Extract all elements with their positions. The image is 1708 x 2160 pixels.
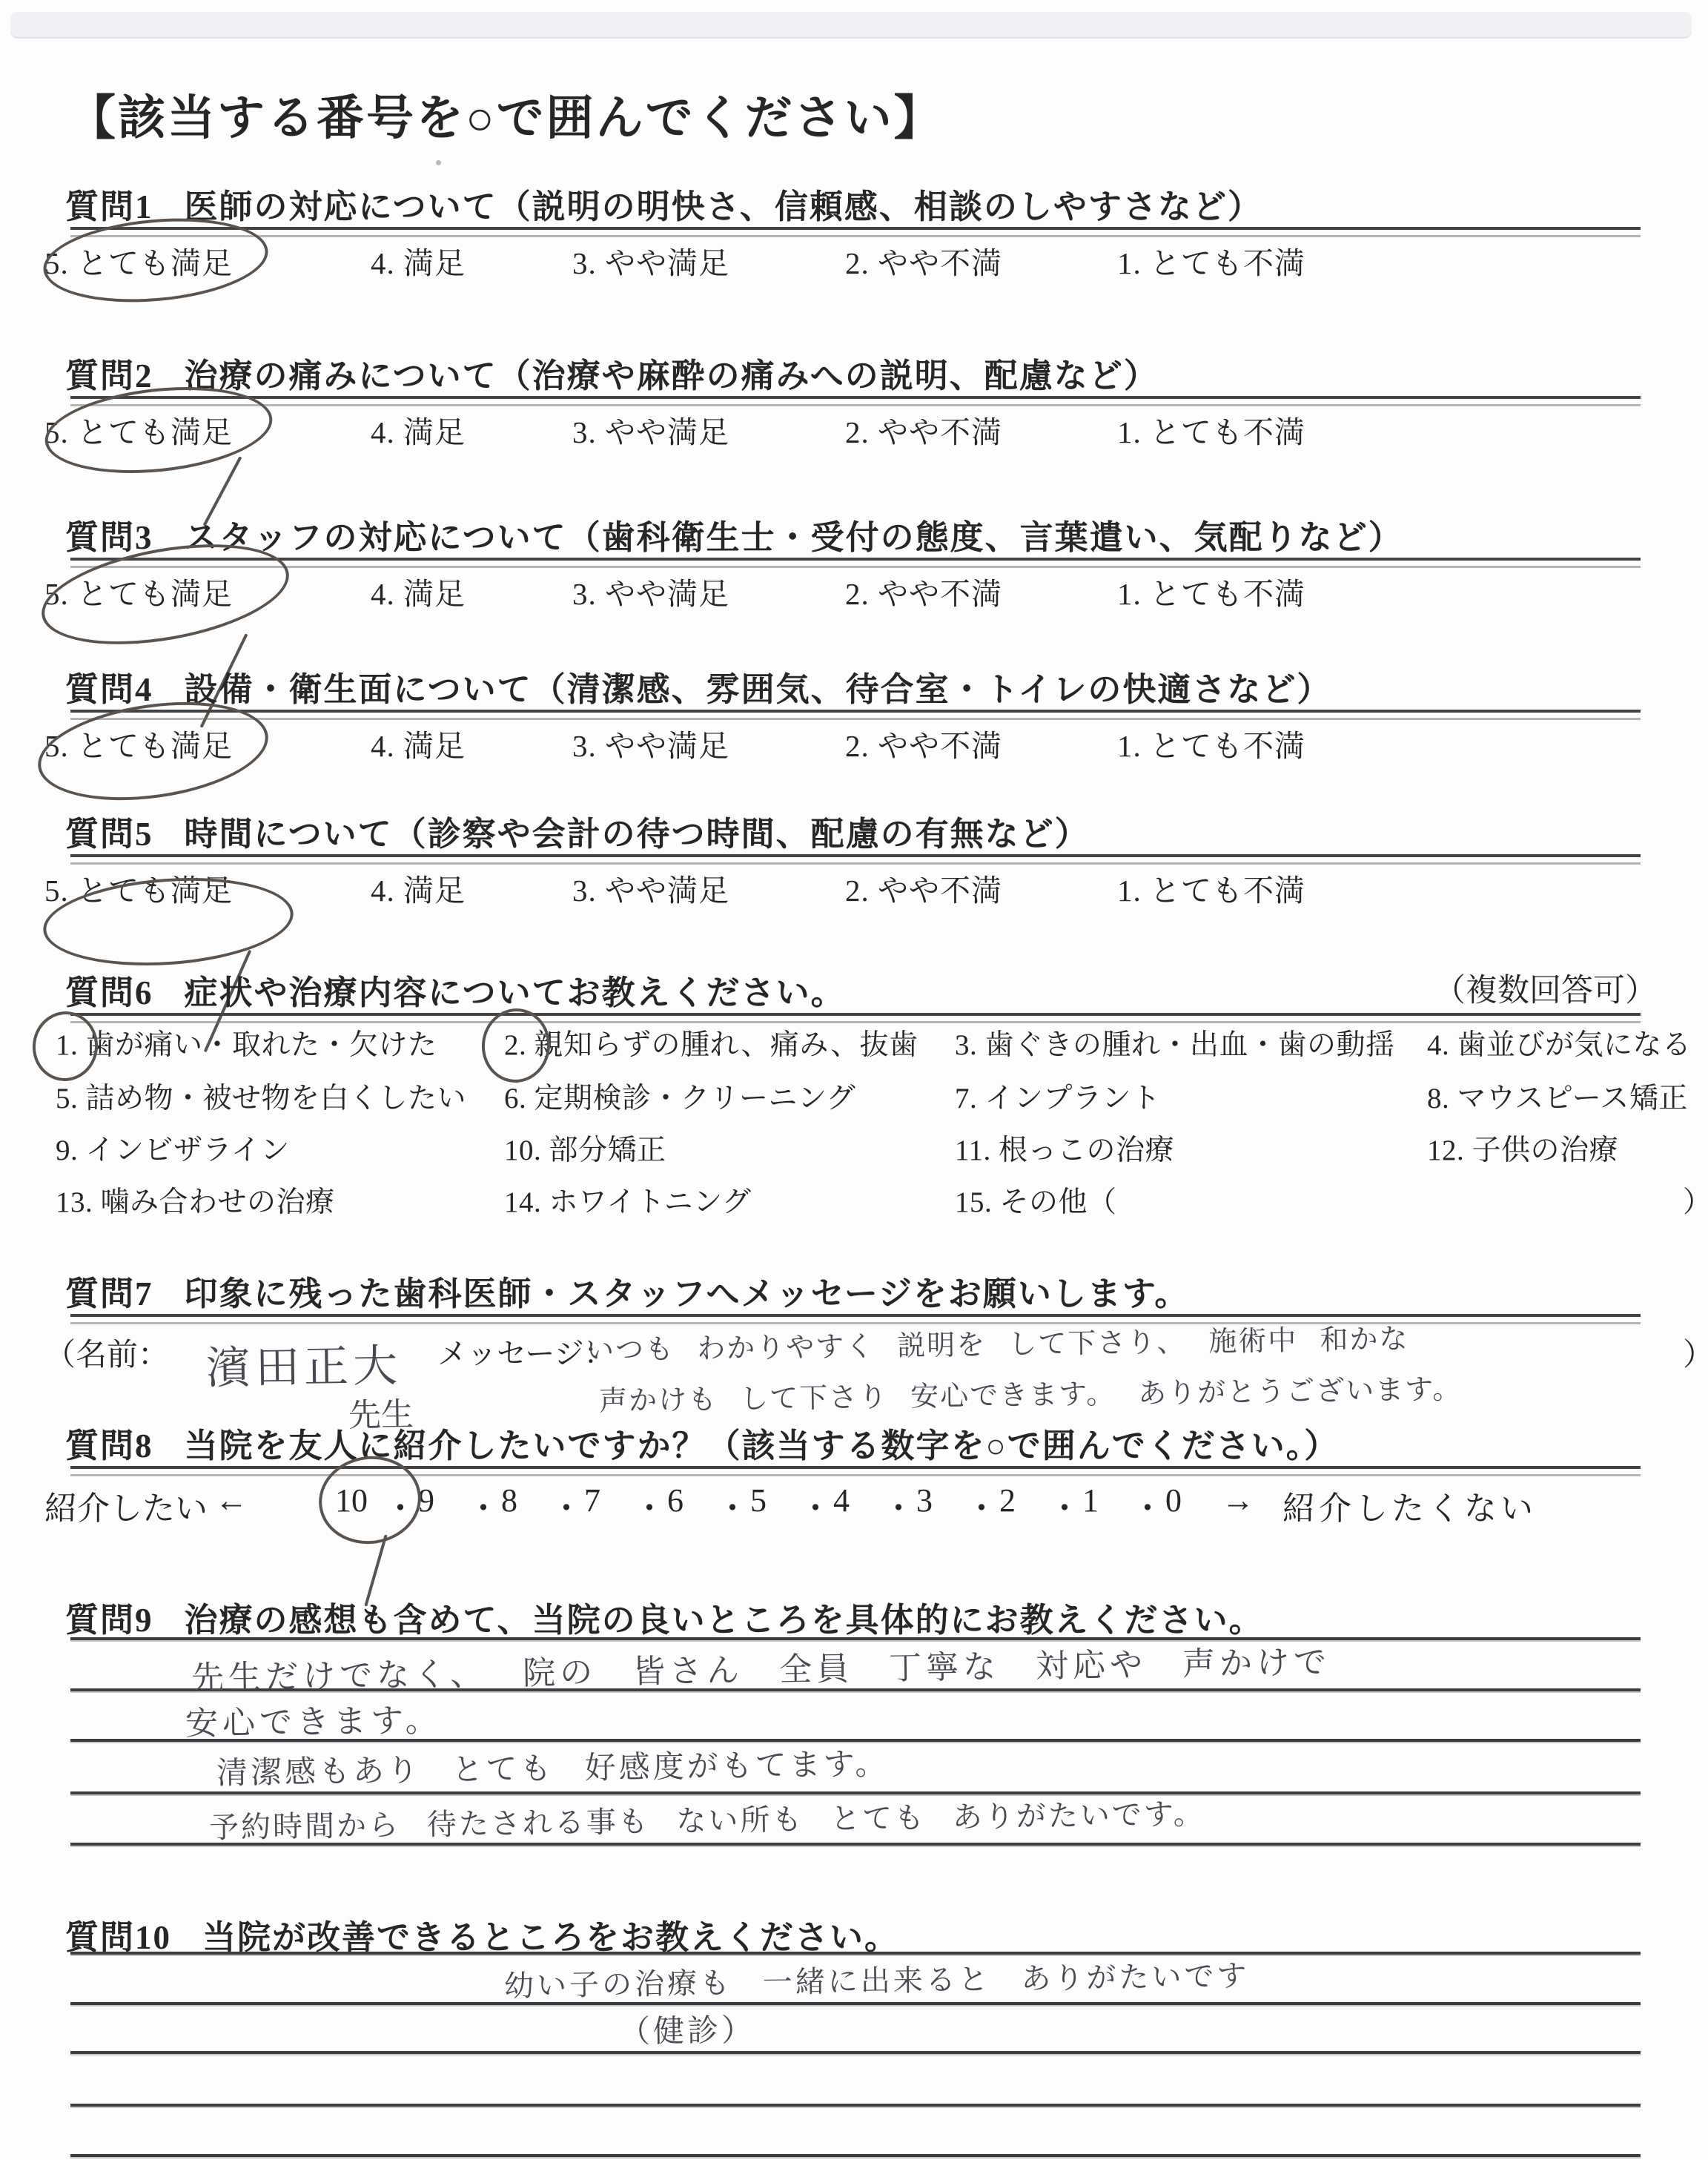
q6-item-13[interactable]: 13. 噛み合わせの治療: [56, 1179, 335, 1221]
q9-answer-line-1: [70, 1637, 1641, 1640]
q8-dot-separator: ・: [633, 1482, 666, 1529]
q6-item-11[interactable]: 11. 根っこの治療: [955, 1127, 1174, 1169]
q10-answer-line-2: [70, 2002, 1641, 2005]
q6-item-7[interactable]: 7. インプラント: [955, 1075, 1161, 1117]
q3-option-1[interactable]: 1. とても不満: [1117, 569, 1305, 613]
survey-form-scan: 【該当する番号を○で囲んでください】 質問1医師の対応について（説明の明快さ、信…: [0, 0, 1708, 2160]
q8-dot-separator: ・: [467, 1482, 500, 1529]
q7-heading: 質問7印象に残った歯科医師・スタッフへメッセージをお願いします。: [65, 1266, 1189, 1315]
q7-number: 質問7: [65, 1275, 153, 1312]
q6-item-9[interactable]: 9. インビザライン: [56, 1127, 290, 1169]
q9-number: 質問9: [65, 1602, 153, 1639]
q4-rule: [70, 710, 1641, 718]
q8-dot-separator: ・: [716, 1482, 749, 1529]
q8-right-label: 紹介したくない: [1282, 1482, 1537, 1529]
q8-dot-separator: ・: [965, 1482, 998, 1529]
q3-heading: 質問3スタッフの対応について（歯科衛生士・受付の態度、言葉遣い、気配りなど）: [65, 510, 1403, 558]
q4-title: 設備・衛生面について（清潔感、雰囲気、待合室・トイレの快適さなど）: [185, 671, 1332, 708]
q1-option-3[interactable]: 3. やや満足: [572, 239, 729, 283]
q6-item-10[interactable]: 10. 部分矯正: [504, 1127, 666, 1169]
q4-option-1[interactable]: 1. とても不満: [1117, 721, 1305, 765]
q8-dot-separator: ・: [1131, 1482, 1164, 1529]
q2-option-4[interactable]: 4. 満足: [371, 408, 466, 452]
q5-option-4[interactable]: 4. 満足: [371, 866, 466, 910]
q10-answer-line-3: [70, 2051, 1641, 2054]
q6-title: 症状や治療内容についてお教えください。: [185, 974, 846, 1011]
q6-rule: [70, 1013, 1641, 1021]
q8-left-arrow-icon: ←: [215, 1482, 248, 1519]
q4-heading: 質問4設備・衛生面について（清潔感、雰囲気、待合室・トイレの快適さなど）: [65, 662, 1331, 710]
q7-message-line1-handwritten: いつも わかりやすく 説明を して下さり、 施術中 和かな: [586, 1315, 1409, 1367]
q2-option-2[interactable]: 2. やや不満: [845, 408, 1002, 452]
q2-rule: [70, 396, 1641, 404]
q8-scale-7[interactable]: 7: [584, 1482, 600, 1519]
q6-item-6[interactable]: 6. 定期検診・クリーニング: [504, 1075, 855, 1117]
q8-dot-separator: ・: [799, 1482, 832, 1529]
q10-number: 質問10: [65, 1919, 171, 1956]
q8-dot-separator: ・: [882, 1482, 915, 1529]
q1-option-4[interactable]: 4. 満足: [371, 239, 466, 283]
q2-heading: 質問2治療の痛みについて（治療や麻酔の痛みへの説明、配慮など）: [65, 349, 1159, 397]
scan-artifact-top-band: [10, 12, 1692, 37]
q6-note-multiple-answers: （複数回答可）: [1434, 965, 1657, 1011]
q5-title: 時間について（診察や会計の待つ時間、配慮の有無など）: [185, 816, 1090, 853]
q10-title: 当院が改善できるところをお教えください。: [202, 1919, 899, 1956]
q2-option-3[interactable]: 3. やや満足: [572, 408, 729, 452]
q10-answer-line-1: [70, 1952, 1641, 1955]
q5-heading: 質問5時間について（診察や会計の待つ時間、配慮の有無など）: [65, 807, 1090, 855]
q1-heading: 質問1医師の対応について（説明の明快さ、信頼感、相談のしやすさなど）: [65, 179, 1262, 228]
q9-answer-handwritten-3: 清潔感もあり とても 好感度がもてます。: [216, 1740, 890, 1794]
q6-item-14[interactable]: 14. ホワイトニング: [504, 1179, 752, 1221]
q3-number: 質問3: [65, 519, 153, 556]
q8-scale-0[interactable]: 0: [1165, 1482, 1182, 1519]
q6-item-8[interactable]: 8. マウスピース矯正: [1427, 1075, 1688, 1117]
q3-option-4[interactable]: 4. 満足: [371, 569, 466, 613]
q8-scale-5[interactable]: 5: [750, 1482, 767, 1519]
q8-number: 質問8: [65, 1427, 153, 1464]
q6-item-1[interactable]: 1. 歯が痛い・取れた・欠けた: [56, 1022, 437, 1063]
q6-item-12[interactable]: 12. 子供の治療: [1427, 1127, 1618, 1169]
q4-number: 質問4: [65, 671, 153, 708]
q6-item-2[interactable]: 2. 親知らずの腫れ、痛み、抜歯: [504, 1022, 918, 1063]
form-title: 【該当する番号を○で囲んでください】: [68, 80, 944, 148]
q3-title: スタッフの対応について（歯科衛生士・受付の態度、言葉遣い、気配りなど）: [185, 519, 1403, 556]
scan-speck: [436, 160, 441, 165]
q9-answer-handwritten-2: 安心できます。: [185, 1694, 443, 1745]
q8-scale-4[interactable]: 4: [833, 1482, 850, 1519]
q4-option-4[interactable]: 4. 満足: [371, 721, 466, 765]
q7-name-label: （名前：: [44, 1330, 169, 1375]
q8-scale-8[interactable]: 8: [501, 1482, 517, 1519]
q3-option-2[interactable]: 2. やや不満: [845, 569, 1002, 613]
q2-option-1[interactable]: 1. とても不満: [1117, 408, 1305, 452]
q8-heading: 質問8当院を友人に紹介したいですか？（該当する数字を○で囲んでください。）: [65, 1418, 1339, 1467]
q5-option-1[interactable]: 1. とても不満: [1117, 866, 1305, 910]
q1-title: 医師の対応について（説明の明快さ、信頼感、相談のしやすさなど）: [185, 188, 1262, 225]
q4-option-2[interactable]: 2. やや不満: [845, 721, 1002, 765]
q6-item-4[interactable]: 4. 歯並びが気になる: [1427, 1022, 1692, 1063]
q8-scale-6[interactable]: 6: [667, 1482, 683, 1519]
q10-answer-line-4: [70, 2104, 1641, 2107]
q9-title: 治療の感想も含めて、当院の良いところを具体的にお教えください。: [185, 1602, 1264, 1639]
q3-option-3[interactable]: 3. やや満足: [572, 569, 729, 613]
q5-option-2[interactable]: 2. やや不満: [845, 866, 1002, 910]
q6-heading: 質問6症状や治療内容についてお教えください。: [65, 965, 846, 1014]
q2-number: 質問2: [65, 357, 153, 394]
q8-rule: [70, 1466, 1641, 1474]
q6-number: 質問6: [65, 974, 153, 1011]
q10-answer-handwritten-1: 幼い子の治療も 一緒に出来ると ありがたいです: [504, 1952, 1250, 2005]
q8-scale-2[interactable]: 2: [999, 1482, 1016, 1519]
q7-close-paren: ）: [1683, 1330, 1708, 1375]
q6-item-15-other[interactable]: 15. その他（: [955, 1179, 1117, 1221]
q1-option-2[interactable]: 2. やや不満: [845, 239, 1002, 283]
q8-dot-separator: ・: [550, 1482, 583, 1529]
q10-answer-handwritten-2: （健診）: [619, 2006, 756, 2052]
q10-answer-line-5: [70, 2154, 1641, 2157]
q5-rule: [70, 854, 1641, 862]
q2-title: 治療の痛みについて（治療や麻酔の痛みへの説明、配慮など）: [185, 357, 1159, 394]
q9-answer-handwritten-4: 予約時間から 待たされる事も ない所も とても ありがたいです。: [209, 1791, 1205, 1847]
q6-item-3[interactable]: 3. 歯ぐきの腫れ・出血・歯の動揺: [955, 1022, 1395, 1063]
q3-rule: [70, 558, 1641, 566]
q8-dot-separator: ・: [1048, 1482, 1081, 1529]
q6-item-15-close-paren: ）: [1683, 1179, 1708, 1221]
q7-name-handwritten: 濱田正大: [205, 1330, 402, 1397]
q8-left-label: 紹介したい: [44, 1482, 208, 1529]
q9-heading: 質問9治療の感想も含めて、当院の良いところを具体的にお教えください。: [65, 1593, 1264, 1641]
q8-right-arrow-icon: →: [1222, 1482, 1254, 1519]
q1-option-1[interactable]: 1. とても不満: [1117, 239, 1305, 283]
q7-message-line2-handwritten: 声かけも して下さり 安心できます。 ありがとうございます。: [599, 1366, 1463, 1418]
q8-scale-1[interactable]: 1: [1082, 1482, 1099, 1519]
q5-option-3[interactable]: 3. やや満足: [572, 866, 729, 910]
q8-scale-3[interactable]: 3: [916, 1482, 933, 1519]
q4-option-3[interactable]: 3. やや満足: [572, 721, 729, 765]
q1-number: 質問1: [65, 188, 153, 225]
q7-title: 印象に残った歯科医師・スタッフへメッセージをお願いします。: [185, 1275, 1190, 1312]
q1-rule: [70, 227, 1641, 235]
q5-number: 質問5: [65, 816, 153, 853]
q6-item-5[interactable]: 5. 詰め物・被せ物を白くしたい: [56, 1075, 466, 1117]
